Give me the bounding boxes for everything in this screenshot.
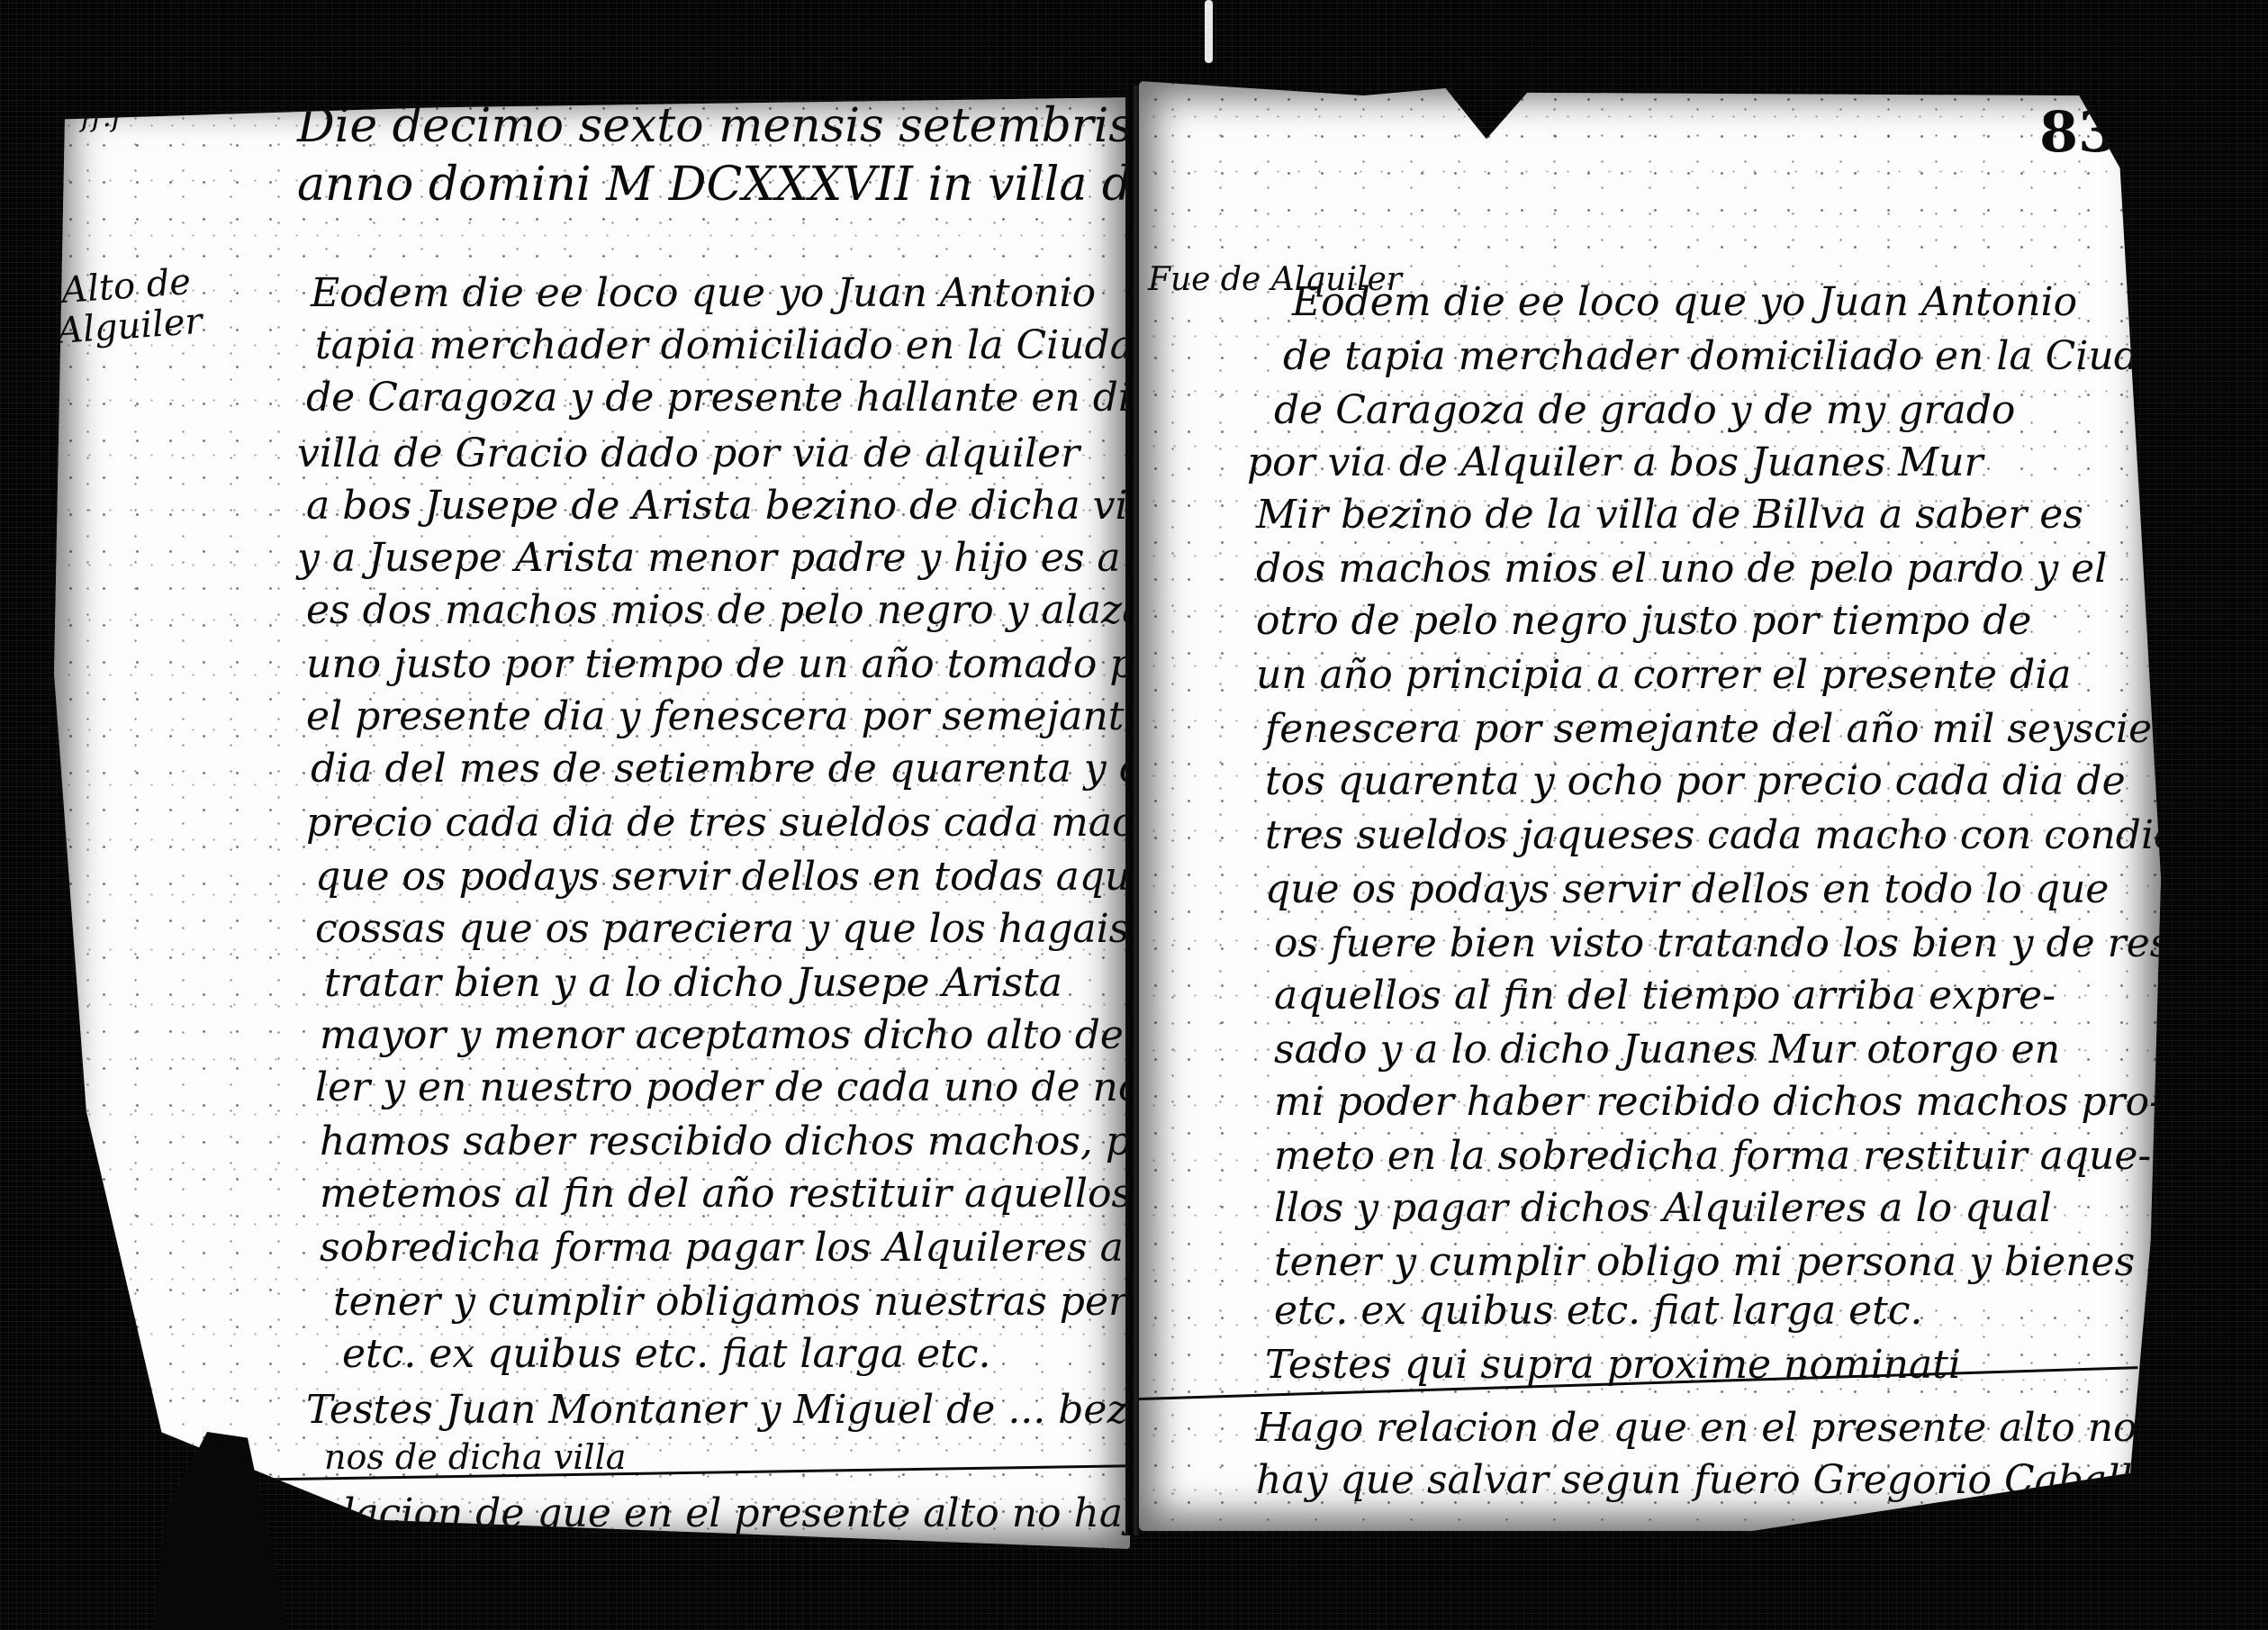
body-line: villa de Gracio dado por via de alquiler xyxy=(297,430,1080,476)
body-line: tratar bien y a lo dicho Jusepe Arista xyxy=(324,960,1062,1006)
body-line: Mir bezino de la villa de Billva a saber… xyxy=(1256,492,2083,538)
body-line: meto en la sobredicha forma restituir aq… xyxy=(1274,1133,2151,1179)
body-line: dos machos mios el uno de pelo pardo y e… xyxy=(1256,546,2107,592)
body-line: os fuere bien visto tratando los bien y … xyxy=(1274,920,2161,966)
body-line: tres sueldos jaqueses cada macho con con… xyxy=(1265,812,2161,858)
margin-note-line-2: Alguiler xyxy=(56,301,203,352)
body-line: etc. ex quibus etc. fiat larga etc. xyxy=(1274,1288,1922,1334)
body-line: de Caragoza y de presente hallante en di… xyxy=(306,375,1130,421)
body-line: fenescera por semejante del año mil seys… xyxy=(1265,706,2161,752)
body-line: el presente dia y fenescera por semejant… xyxy=(306,693,1130,739)
body-line: otro de pelo negro justo por tiempo de xyxy=(1256,598,2031,644)
body-line: un año principia a correr el presente di… xyxy=(1256,652,2071,698)
body-line: Testes qui supra proxime nominati xyxy=(1265,1342,1961,1388)
body-line: es dos machos mios de pelo negro y alaza… xyxy=(306,587,1130,633)
body-line: mi poder haber recibido dichos machos pr… xyxy=(1274,1079,2161,1125)
body-line: que os podays servir dellos en todas aqu… xyxy=(315,854,1130,900)
body-line: etc. ex quibus etc. fiat larga etc. xyxy=(342,1331,990,1377)
body-line: Eodem die ee loco que yo Juan Antonio xyxy=(1292,279,2077,325)
body-line: tapia merchader domiciliado en la Ciudad xyxy=(315,322,1130,368)
body-line: por via de Alquiler a bos Juanes Mur xyxy=(1247,439,1983,485)
left-page: ſſ.ſ Die decimo sexto mensis setembris a… xyxy=(54,90,1130,1549)
body-line: metemos al fin del año restituir aquello… xyxy=(320,1171,1130,1217)
body-line: tos quarenta y ocho por precio cada dia … xyxy=(1265,758,2126,804)
body-line: tener y cumplir obligamos nuestras perso… xyxy=(333,1279,1130,1325)
heading-line-2: anno domini M DCXXXVII in villa de Billv… xyxy=(297,158,1130,212)
body-line: precio cada dia de tres sueldos cada mac… xyxy=(306,800,1130,846)
body-line: hamos saber rescibido dichos machos, pro… xyxy=(320,1118,1130,1164)
body-line: de Caragoza de grado y de my grado xyxy=(1274,387,2015,433)
body-line: nos de dicha villa xyxy=(324,1437,626,1477)
body-line: sado y a lo dicho Juanes Mur otorgo en xyxy=(1274,1027,2060,1073)
body-line: aquellos al fin del tiempo arriba expre- xyxy=(1274,973,2056,1019)
footer-line-1: Hago relacion de que en el presente alto… xyxy=(1256,1405,2137,1451)
body-line: uno justo por tiempo de un año tomado po… xyxy=(306,641,1130,687)
body-line: y a Jusepe Arista menor padre y hijo es … xyxy=(297,535,1130,581)
body-line: a bos Jusepe de Arista bezino de dicha v… xyxy=(306,483,1130,529)
body-line: que os podays servir dellos en todo lo q… xyxy=(1265,866,2109,912)
binding-tear xyxy=(1205,0,1213,63)
body-line: cossas que os pareciera y que los hagais… xyxy=(315,906,1130,952)
body-line: de tapia merchader domiciliado en la Ciu… xyxy=(1283,333,2161,379)
body-line: ler y en nuestro poder de cada uno de no… xyxy=(315,1064,1130,1110)
body-line: mayor y menor aceptamos dicho alto de Al… xyxy=(320,1012,1130,1058)
right-page: 83 Fue de Alquiler Eodem die ee loco que… xyxy=(1139,81,2161,1531)
body-line: Eodem die ee loco que yo Juan Antonio xyxy=(311,270,1096,316)
body-line: Testes Juan Montaner y Miguel de ... bez… xyxy=(306,1387,1130,1433)
body-line: dia del mes de setiembre de quarenta y o… xyxy=(311,746,1130,792)
body-line: sobredicha forma pagar los Alquileres a … xyxy=(320,1225,1130,1271)
body-line: tener y cumplir obligo mi persona y bien… xyxy=(1274,1239,2135,1285)
body-line: llos y pagar dichos Alquileres a lo qual xyxy=(1274,1185,2052,1231)
